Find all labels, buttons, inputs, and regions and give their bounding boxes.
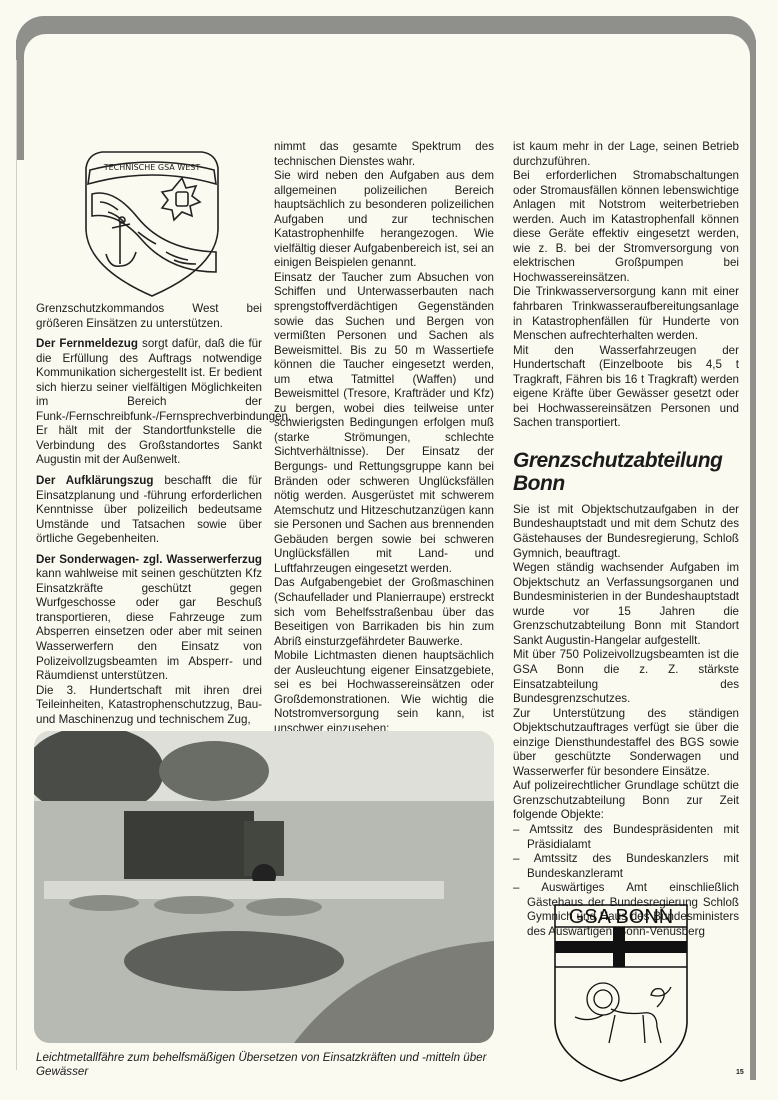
list-item: – Amtssitz des Bundespräsidenten mit Prä… — [513, 823, 739, 852]
lion-icon — [575, 983, 671, 1043]
police-star-eagle-icon — [162, 178, 200, 220]
photo-caption: Leichtmetallfähre zum behelfsmäßigen Übe… — [36, 1051, 496, 1079]
gsa-bonn-emblem: GSA BONN — [553, 903, 691, 1083]
paragraph: Einsatz der Taucher zum Absuchen von Sch… — [274, 271, 494, 576]
page-number: 15 — [736, 1069, 744, 1076]
paragraph: Bei erforderlichen Stromabschaltungen od… — [513, 169, 739, 285]
shield-icon — [86, 152, 218, 296]
ferry-photo — [34, 731, 494, 1043]
gsa-west-emblem: TECHNISCHE GSA WEST — [78, 140, 226, 300]
column-1: Grenzschutzkommandos West bei größeren E… — [36, 302, 262, 727]
cross-icon — [555, 927, 687, 967]
paragraph: Auf polizeirechtlicher Grundlage schützt… — [513, 779, 739, 823]
paragraph-fernmeldezug: Der Fernmeldezug sorgt dafür, daß die fü… — [36, 337, 262, 468]
page-frame-left-line — [16, 60, 17, 1070]
list-item: – Amtssitz des Bundeskanzlers mit Bundes… — [513, 852, 739, 881]
truck — [124, 811, 254, 879]
column-3: ist kaum mehr in der Lage, seinen Betrie… — [513, 140, 739, 939]
paragraph: Sie ist mit Objektschutzaufgaben in der … — [513, 503, 739, 561]
paragraph: Mit den Wasserfahrzeugen der Hundertscha… — [513, 344, 739, 431]
page-frame-inner — [24, 34, 750, 74]
paragraph: Die Trinkwasserversorgung kann mit einer… — [513, 285, 739, 343]
page-frame-left — [16, 40, 24, 160]
paragraph: Zur Unterstützung des ständigen Objektsc… — [513, 707, 739, 780]
section-heading: Grenzschutzabteilung Bonn — [513, 449, 739, 495]
paragraph: Wegen ständig wachsender Aufgaben im Obj… — [513, 561, 739, 648]
paragraph: Mit über 750 Polizeivollzugsbeamten ist … — [513, 648, 739, 706]
paragraph: Das Aufgabengebiet der Großmaschinen (Sc… — [274, 576, 494, 649]
paragraph: ist kaum mehr in der Lage, seinen Betrie… — [513, 140, 739, 169]
page-frame-right — [750, 40, 756, 1080]
paragraph: Die 3. Hundertschaft mit ihren drei Teil… — [36, 684, 262, 728]
paragraph-sonderwagen: Der Sonderwagen- zgl. Wasserwerferzug ka… — [36, 553, 262, 684]
paragraph-aufklaerungszug: Der Aufklärungszug beschafft die für Ein… — [36, 474, 262, 547]
svg-text:TECHNISCHE GSA WEST: TECHNISCHE GSA WEST — [103, 163, 201, 172]
anchor-icon — [106, 217, 136, 266]
column-2: nimmt das gesamte Spektrum des technisch… — [274, 140, 494, 751]
paragraph: Mobile Lichtmasten dienen hauptsächlich … — [274, 649, 494, 736]
paragraph: Sie wird neben den Aufgaben aus dem allg… — [274, 169, 494, 271]
svg-text:GSA BONN: GSA BONN — [569, 906, 673, 928]
paragraph: Grenzschutzkommandos West bei größeren E… — [36, 302, 262, 331]
paragraph: nimmt das gesamte Spektrum des technisch… — [274, 140, 494, 169]
